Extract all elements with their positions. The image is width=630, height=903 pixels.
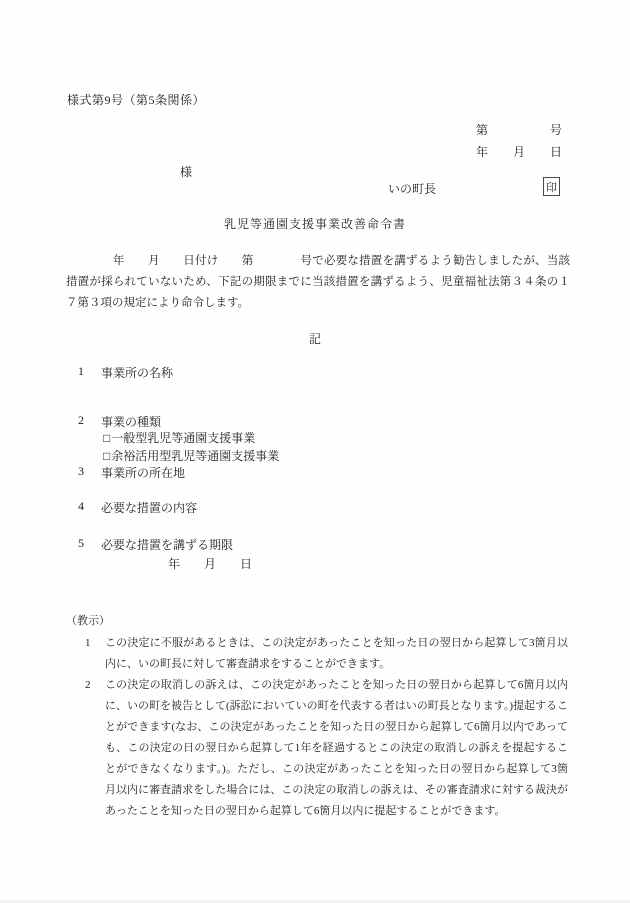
notice-section: （教示） 1 この決定に不服があるときは、この決定があったことを知った日の翌日か… [66, 611, 568, 822]
notice-heading: （教示） [66, 611, 568, 632]
issuer-name: いの町長 [388, 180, 436, 197]
field-label: 必要な措置を講ずる期限 [101, 536, 233, 553]
field-number: 4 [78, 499, 88, 516]
form-number: 様式第9号（第5条関係） [67, 91, 205, 108]
business-type-options: □ 一般型乳児等通園支援事業 □ 余裕活用型乳児等通園支援事業 [103, 429, 279, 465]
deadline-day-label: 日 [240, 555, 252, 572]
field-item-business-address: 3 事業所の所在地 [78, 464, 185, 481]
deadline-date-line: 年 月 日 [168, 555, 252, 572]
field-item-required-measures: 4 必要な措置の内容 [78, 499, 197, 516]
record-marker: 記 [0, 330, 630, 347]
checkbox-icon: □ [103, 447, 110, 465]
seal-mark: 印 [543, 177, 560, 196]
field-label: 必要な措置の内容 [101, 499, 197, 516]
addressee-suffix: 様 [180, 163, 192, 180]
field-number: 3 [78, 464, 88, 481]
doc-number-prefix: 第 [476, 121, 488, 138]
field-label: 事業所の名称 [101, 364, 173, 381]
date-day-label: 日 [550, 143, 562, 160]
field-number: 5 [78, 536, 88, 553]
field-number: 1 [78, 364, 88, 381]
notice-item-lawsuit: 2 この決定の取消しの訴えは、この決定があったことを知った日の翌日から起算して6… [85, 675, 568, 822]
notice-item-appeal: 1 この決定に不服があるときは、この決定があったことを知った日の翌日から起算して… [85, 633, 568, 675]
checkbox-icon: □ [103, 429, 110, 447]
field-item-business-type: 2 事業の種類 [78, 413, 161, 430]
checkbox-label: 一般型乳児等通園支援事業 [111, 429, 255, 447]
date-year-label: 年 [476, 143, 488, 160]
checkbox-row-general: □ 一般型乳児等通園支援事業 [103, 429, 279, 447]
field-label: 事業の種類 [101, 413, 161, 430]
notice-item-number: 1 [85, 633, 96, 675]
doc-number-line: 第 号 [476, 121, 562, 138]
doc-number-suffix: 号 [550, 121, 562, 138]
field-label: 事業所の所在地 [101, 464, 185, 481]
issue-date-line: 年 月 日 [476, 143, 562, 160]
document-title: 乳児等通園支援事業改善命令書 [0, 215, 630, 232]
deadline-year-label: 年 [168, 555, 180, 572]
checkbox-row-surplus: □ 余裕活用型乳児等通園支援事業 [103, 447, 279, 465]
document-page: 様式第9号（第5条関係） 第 号 年 月 日 様 いの町長 印 乳児等通園支援事… [0, 0, 630, 903]
deadline-month-label: 月 [204, 555, 216, 572]
checkbox-label: 余裕活用型乳児等通園支援事業 [111, 447, 279, 465]
field-item-business-name: 1 事業所の名称 [78, 364, 173, 381]
body-paragraph: 年 月 日付け 第 号で必要な措置を講ずるよう勧告しましたが、当該措置が採られて… [66, 251, 570, 314]
date-month-label: 月 [513, 143, 525, 160]
field-item-measure-deadline: 5 必要な措置を講ずる期限 [78, 536, 233, 553]
notice-item-text: この決定に不服があるときは、この決定があったことを知った日の翌日から起算して3箇… [105, 633, 568, 675]
notice-item-text: この決定の取消しの訴えは、この決定があったことを知った日の翌日から起算して6箇月… [105, 675, 568, 822]
notice-item-number: 2 [85, 675, 96, 822]
field-number: 2 [78, 413, 88, 430]
